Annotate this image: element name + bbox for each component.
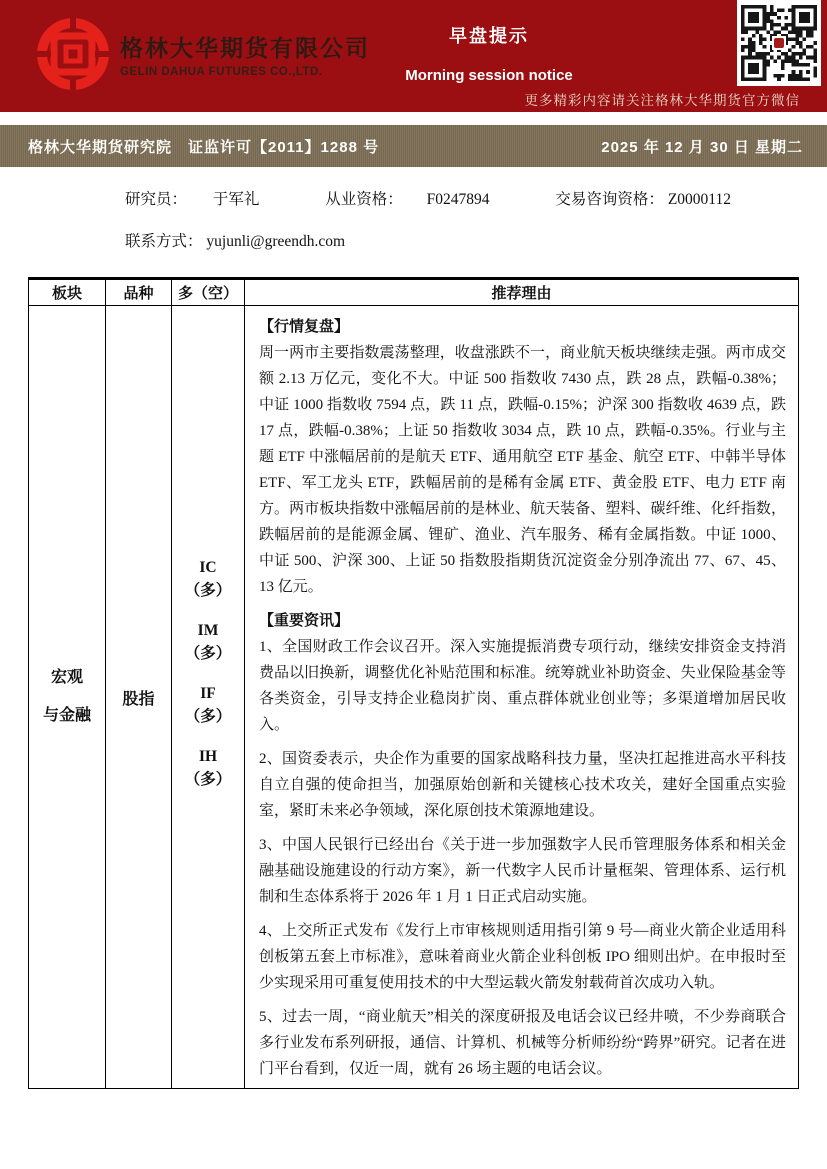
notice-title-cn: 早盘提示 (389, 22, 589, 48)
position-code: IH (185, 745, 232, 768)
news-item: 4、上交所正式发布《发行上市审核规则适用指引第 9 号—商业火箭企业适用科创板第… (259, 918, 786, 996)
header-sector: 板块 (29, 279, 106, 306)
advisory-number: Z0000112 (668, 191, 731, 209)
qualification-number: F0247894 (427, 191, 490, 209)
qr-center-logo-icon (772, 36, 786, 50)
news-item: 2、国资委表示，央企作为重要的国家战略科技力量，坚决扛起推进高水平科技自立自强的… (259, 746, 786, 824)
position-code: IM (185, 619, 232, 642)
advisory-label: 交易咨询资格： (555, 187, 664, 209)
review-paragraph: 周一两市主要指数震荡整理，收盘涨跌不一，商业航天板块继续走强。两市成交额 2.1… (259, 340, 786, 600)
reason-content: 【行情复盘】 周一两市主要指数震荡整理，收盘涨跌不一，商业航天板块继续走强。两市… (259, 314, 786, 1082)
position-item: IM （多） (185, 619, 232, 665)
researcher-name: 于军礼 (213, 187, 260, 209)
position-item: IC （多） (185, 556, 232, 602)
qr-code (737, 0, 821, 86)
contact-line: 联系方式： yujunli@greendh.com (125, 229, 827, 251)
recommendation-table: 板块 品种 多（空） 推荐理由 宏观 与金融 股指 IC （多） (28, 277, 799, 1089)
sector-cell: 宏观 与金融 (29, 306, 106, 1089)
position-item: IF （多） (185, 682, 232, 728)
position-code: IF (185, 682, 232, 705)
notice-title-en: Morning session notice (389, 67, 589, 84)
reason-cell: 【行情复盘】 周一两市主要指数震荡整理，收盘涨跌不一，商业航天板块继续走强。两市… (245, 306, 799, 1089)
news-item: 1、全国财政工作会议召开。深入实施提振消费专项行动，继续安排资金支持消费品以旧换… (259, 634, 786, 738)
position-stack: IC （多） IM （多） IF （多） IH (172, 556, 244, 791)
company-name-en: GELIN DAHUA FUTURES CO.,LTD. (120, 66, 370, 78)
position-direction: （多） (185, 705, 232, 728)
sector-line1: 宏观 (29, 668, 105, 688)
news-item: 3、中国人民银行已经出台《关于进一步加强数字人民币管理服务体系和相关金融基础设施… (259, 832, 786, 910)
variety-cell: 股指 (106, 306, 172, 1089)
sector-line2: 与金融 (29, 706, 105, 726)
section-heading-review: 【行情复盘】 (259, 314, 786, 340)
institute-license: 格林大华期货研究院 证监许可【2011】1288 号 (0, 136, 379, 157)
table-header-row: 板块 品种 多（空） 推荐理由 (29, 279, 799, 306)
position-direction: （多） (185, 768, 232, 791)
company-logo-icon (34, 12, 112, 96)
position-cell: IC （多） IM （多） IF （多） IH (172, 306, 245, 1089)
notice-title-block: 早盘提示 Morning session notice (389, 22, 589, 84)
researcher-line: 研究员： 于军礼 从业资格： F0247894 交易咨询资格： Z0000112 (125, 187, 827, 209)
researcher-label: 研究员： (125, 187, 187, 209)
report-date: 2025 年 12 月 30 日 星期二 (601, 136, 827, 157)
section-heading-news: 【重要资讯】 (259, 608, 786, 634)
header-variety: 品种 (106, 279, 172, 306)
header-reason: 推荐理由 (245, 279, 799, 306)
position-item: IH （多） (185, 745, 232, 791)
qualification-label: 从业资格： (325, 187, 403, 209)
qr-caption: 更多精彩内容请关注格林大华期货官方微信 (525, 89, 801, 109)
position-direction: （多） (185, 642, 232, 665)
table-row: 宏观 与金融 股指 IC （多） IM （多） (29, 306, 799, 1089)
news-item: 5、过去一周，“商业航天”相关的深度研报及电话会议已经井喷，不少券商联合多行业发… (259, 1004, 786, 1082)
report-page: 格林大华期货有限公司 GELIN DAHUA FUTURES CO.,LTD. … (0, 0, 827, 1089)
researcher-info: 研究员： 于军礼 从业资格： F0247894 交易咨询资格： Z0000112… (125, 187, 827, 251)
info-bar: 格林大华期货研究院 证监许可【2011】1288 号 2025 年 12 月 3… (0, 125, 827, 167)
contact-label: 联系方式： (125, 233, 203, 250)
header-band: 格林大华期货有限公司 GELIN DAHUA FUTURES CO.,LTD. … (0, 0, 827, 112)
position-code: IC (185, 556, 232, 579)
position-direction: （多） (185, 579, 232, 602)
company-name-cn: 格林大华期货有限公司 (120, 30, 370, 63)
contact-email: yujunli@greendh.com (206, 233, 345, 250)
header-position: 多（空） (172, 279, 245, 306)
company-logo-block: 格林大华期货有限公司 GELIN DAHUA FUTURES CO.,LTD. (34, 12, 370, 96)
